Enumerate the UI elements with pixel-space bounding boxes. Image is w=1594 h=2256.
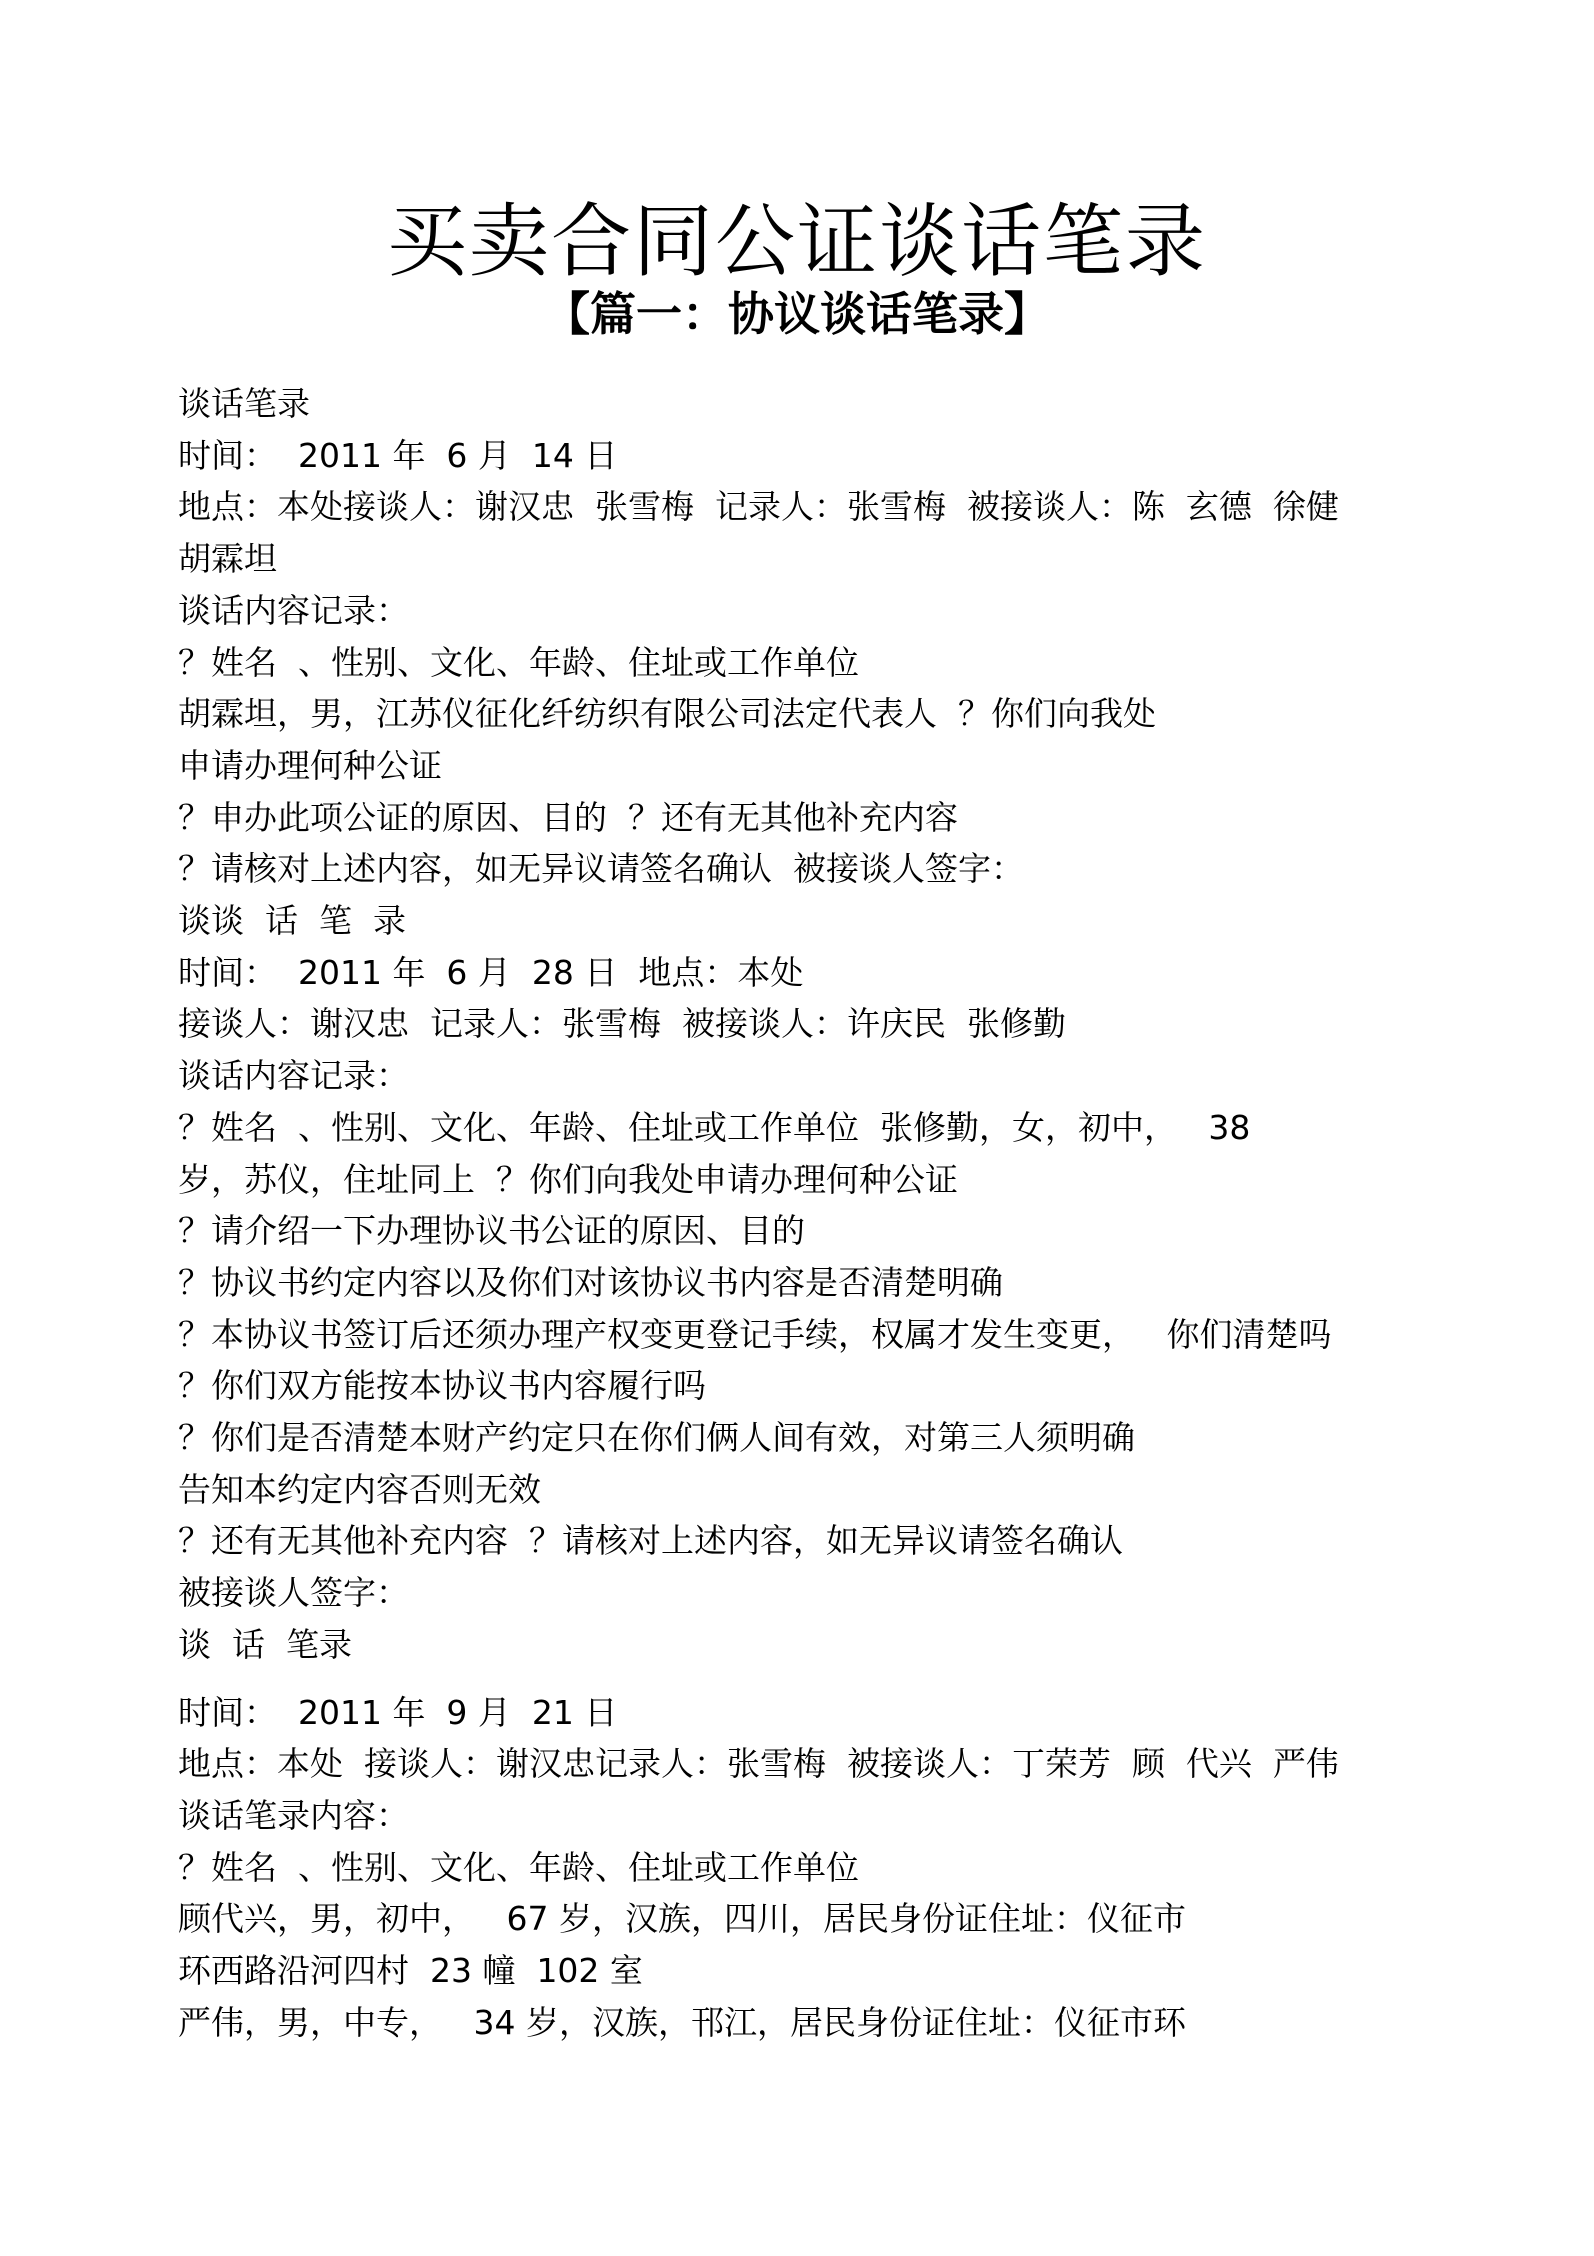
section-heading: 谈谈 话 笔 录 (178, 895, 1438, 947)
text-line: 地点：本处 接谈人：谢汉忠记录人：张雪梅 被接谈人：丁荣芳 顾 代兴 严伟 (178, 1738, 1438, 1790)
text-line: ？你们是否清楚本财产约定只在你们俩人间有效，对第三人须明确 (178, 1412, 1438, 1464)
text-line: ？姓名 、性别、文化、年龄、住址或工作单位 (178, 1842, 1438, 1894)
text-line: 岁，苏仪，住址同上 ？你们向我处申请办理何种公证 (178, 1154, 1438, 1206)
text-line: 时间： 2011 年 6 月 14 日 (178, 430, 1438, 482)
text-line: 胡霖坦 (178, 533, 1438, 585)
text-line: ？还有无其他补充内容 ？请核对上述内容，如无异议请签名确认 (178, 1515, 1438, 1567)
text-line: ？你们双方能按本协议书内容履行吗 (178, 1360, 1438, 1412)
text-line: 时间： 2011 年 6 月 28 日 地点：本处 (178, 947, 1438, 999)
text-line: 接谈人：谢汉忠 记录人：张雪梅 被接谈人：许庆民 张修勤 (178, 998, 1438, 1050)
text-line: 谈话内容记录： (178, 585, 1438, 637)
text-line: 谈话内容记录： (178, 1050, 1438, 1102)
text-line: 地点：本处接谈人：谢汉忠 张雪梅 记录人：张雪梅 被接谈人：陈 玄德 徐健 (178, 481, 1438, 533)
text-line: 环西路沿河四村 23 幢 102 室 (178, 1945, 1438, 1997)
document-title: 买卖合同公证谈话笔录 (0, 192, 1594, 292)
document-subtitle: 【篇一：协议谈话笔录】 (0, 284, 1594, 344)
text-line: ？协议书约定内容以及你们对该协议书内容是否清楚明确 (178, 1257, 1438, 1309)
text-line: 被接谈人签字： (178, 1567, 1438, 1619)
text-line: ？姓名 、性别、文化、年龄、住址或工作单位 (178, 637, 1438, 689)
text-line: 严伟，男，中专， 34 岁，汉族，邗江，居民身份证住址：仪征市环 (178, 1997, 1438, 2049)
text-line: ？申办此项公证的原因、目的 ？还有无其他补充内容 (178, 792, 1438, 844)
text-line: 告知本约定内容否则无效 (178, 1464, 1438, 1516)
text-line: 时间： 2011 年 9 月 21 日 (178, 1687, 1438, 1739)
text-line: 谈话笔录内容： (178, 1790, 1438, 1842)
section-heading: 谈话笔录 (178, 378, 1438, 430)
text-line: ？请介绍一下办理协议书公证的原因、目的 (178, 1205, 1438, 1257)
document-body: 谈话笔录 时间： 2011 年 6 月 14 日 地点：本处接谈人：谢汉忠 张雪… (178, 378, 1438, 2049)
text-line: ？本协议书签订后还须办理产权变更登记手续，权属才发生变更， 你们清楚吗 (178, 1309, 1438, 1361)
text-line: 顾代兴，男，初中， 67 岁，汉族，四川，居民身份证住址：仪征市 (178, 1893, 1438, 1945)
text-line: 胡霖坦，男，江苏仪征化纤纺织有限公司法定代表人 ？你们向我处 (178, 688, 1438, 740)
text-line: 申请办理何种公证 (178, 740, 1438, 792)
text-line: ？姓名 、性别、文化、年龄、住址或工作单位 张修勤，女，初中， 38 (178, 1102, 1438, 1154)
section-heading: 谈 话 笔录 (178, 1619, 1438, 1671)
text-line: ？请核对上述内容，如无异议请签名确认 被接谈人签字： (178, 843, 1438, 895)
